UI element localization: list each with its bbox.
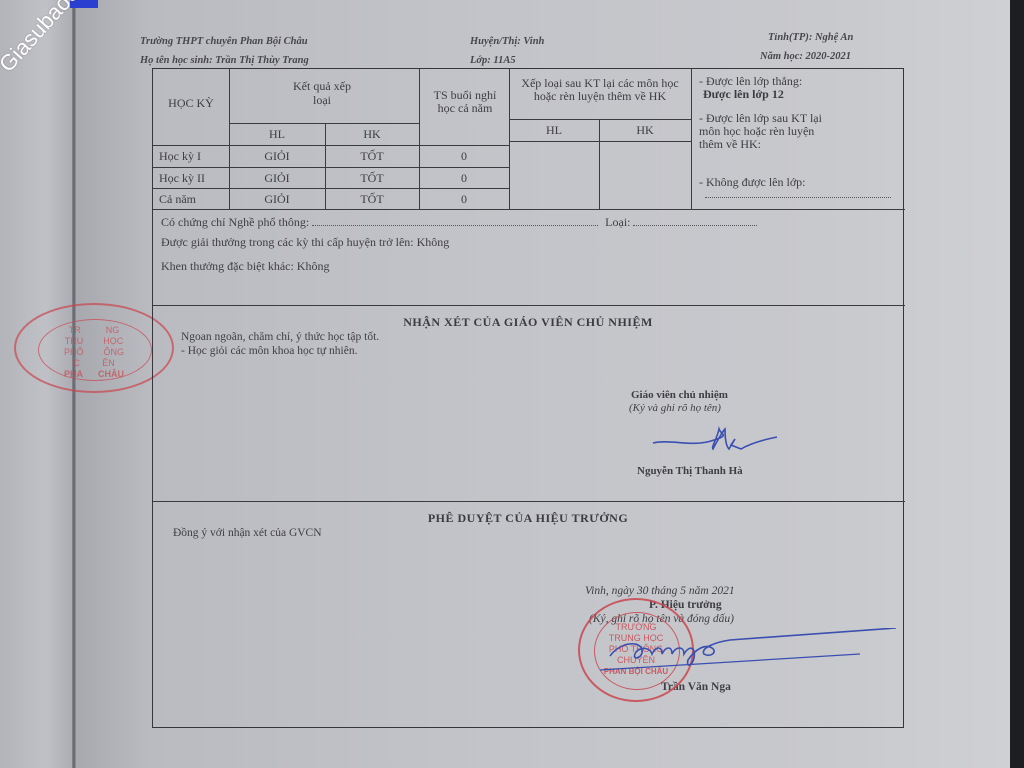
school-year: Năm học: 2020-2021 — [760, 51, 851, 62]
place-date: Vinh, ngày 30 tháng 5 năm 2021 — [585, 585, 735, 597]
certificate-type-label: Loại: — [605, 215, 630, 229]
awards-text: Được giải thưởng trong các kỳ thi cấp hu… — [161, 235, 449, 250]
col-retest-hk-header: HK — [599, 123, 691, 138]
district: Huyện/Thị: Vinh — [470, 36, 544, 47]
principal-comment: Đồng ý với nhận xét của GVCN — [173, 527, 322, 539]
school-name: Trường THPT chuyên Phan Bội Châu — [140, 36, 308, 47]
row-hk: TỐT — [325, 171, 419, 186]
teacher-comment-title: NHẬN XÉT CỦA GIÁO VIÊN CHỦ NHIỆM — [153, 315, 903, 330]
row-hl: GIỎI — [229, 192, 325, 207]
principal-approval-title: PHÊ DUYỆT CỦA HIỆU TRƯỞNG — [153, 511, 903, 526]
student-name: Họ tên học sinh: Trần Thị Thùy Trang — [140, 55, 309, 66]
row-hl: GIỎI — [229, 171, 325, 186]
row-hl: GIỎI — [229, 149, 325, 164]
teacher-signer-name: Nguyễn Thị Thanh Hà — [637, 465, 743, 477]
row-hk: TỐT — [325, 192, 419, 207]
row-term: Học kỳ I — [159, 149, 201, 164]
row-absences: 0 — [419, 149, 509, 164]
teacher-comment-line: - Học giỏi các môn khoa học tự nhiên. — [181, 345, 357, 357]
not-promoted-dotted-line — [705, 187, 891, 198]
row-term: Cả năm — [159, 192, 196, 207]
teacher-signer-note: (Ký và ghi rõ họ tên) — [629, 402, 721, 414]
row-hk: TỐT — [325, 149, 419, 164]
special-commendation-text: Khen thưởng đặc biệt khác: Không — [161, 259, 329, 274]
certificate-dotted-line — [312, 215, 598, 226]
promotion-after-retest-line3: thêm về HK: — [699, 137, 761, 152]
promotion-direct-value: Được lên lớp 12 — [703, 87, 784, 102]
province: Tỉnh(TP): Nghệ An — [768, 32, 853, 43]
col-retest-group-header: Xếp loại sau KT lại các môn học hoặc rèn… — [511, 77, 689, 103]
col-absences-header: TS buổi nghỉ học cả năm — [425, 89, 505, 115]
row-absences: 0 — [419, 171, 509, 186]
col-term-header: HỌC KỲ — [159, 97, 223, 110]
school-stamp-partial: TR NG TRU HỌC PHỔ ÔNG C ÊN PHA CHÂU — [14, 303, 174, 393]
teacher-signature — [651, 421, 781, 461]
col-hk-header: HK — [325, 127, 419, 142]
certificate-label: Có chứng chỉ Nghề phổ thông: — [161, 215, 309, 229]
teacher-signer-role: Giáo viên chủ nhiệm — [631, 389, 728, 401]
col-hl-header: HL — [229, 127, 325, 142]
certificate-row: Có chứng chỉ Nghề phổ thông: Loại: — [161, 215, 757, 230]
col-retest-hl-header: HL — [509, 123, 599, 138]
class: Lớp: 11A5 — [470, 55, 516, 66]
row-absences: 0 — [419, 192, 509, 207]
background-edge — [1010, 0, 1024, 768]
certificate-type-dotted-line — [633, 215, 757, 226]
col-result-group-header: Kết quả xếp loại — [293, 79, 351, 107]
teacher-comment-line: Ngoan ngoãn, chăm chỉ, ý thức học tập tố… — [181, 331, 379, 343]
row-term: Học kỳ II — [159, 171, 205, 186]
principal-signature — [600, 628, 900, 674]
